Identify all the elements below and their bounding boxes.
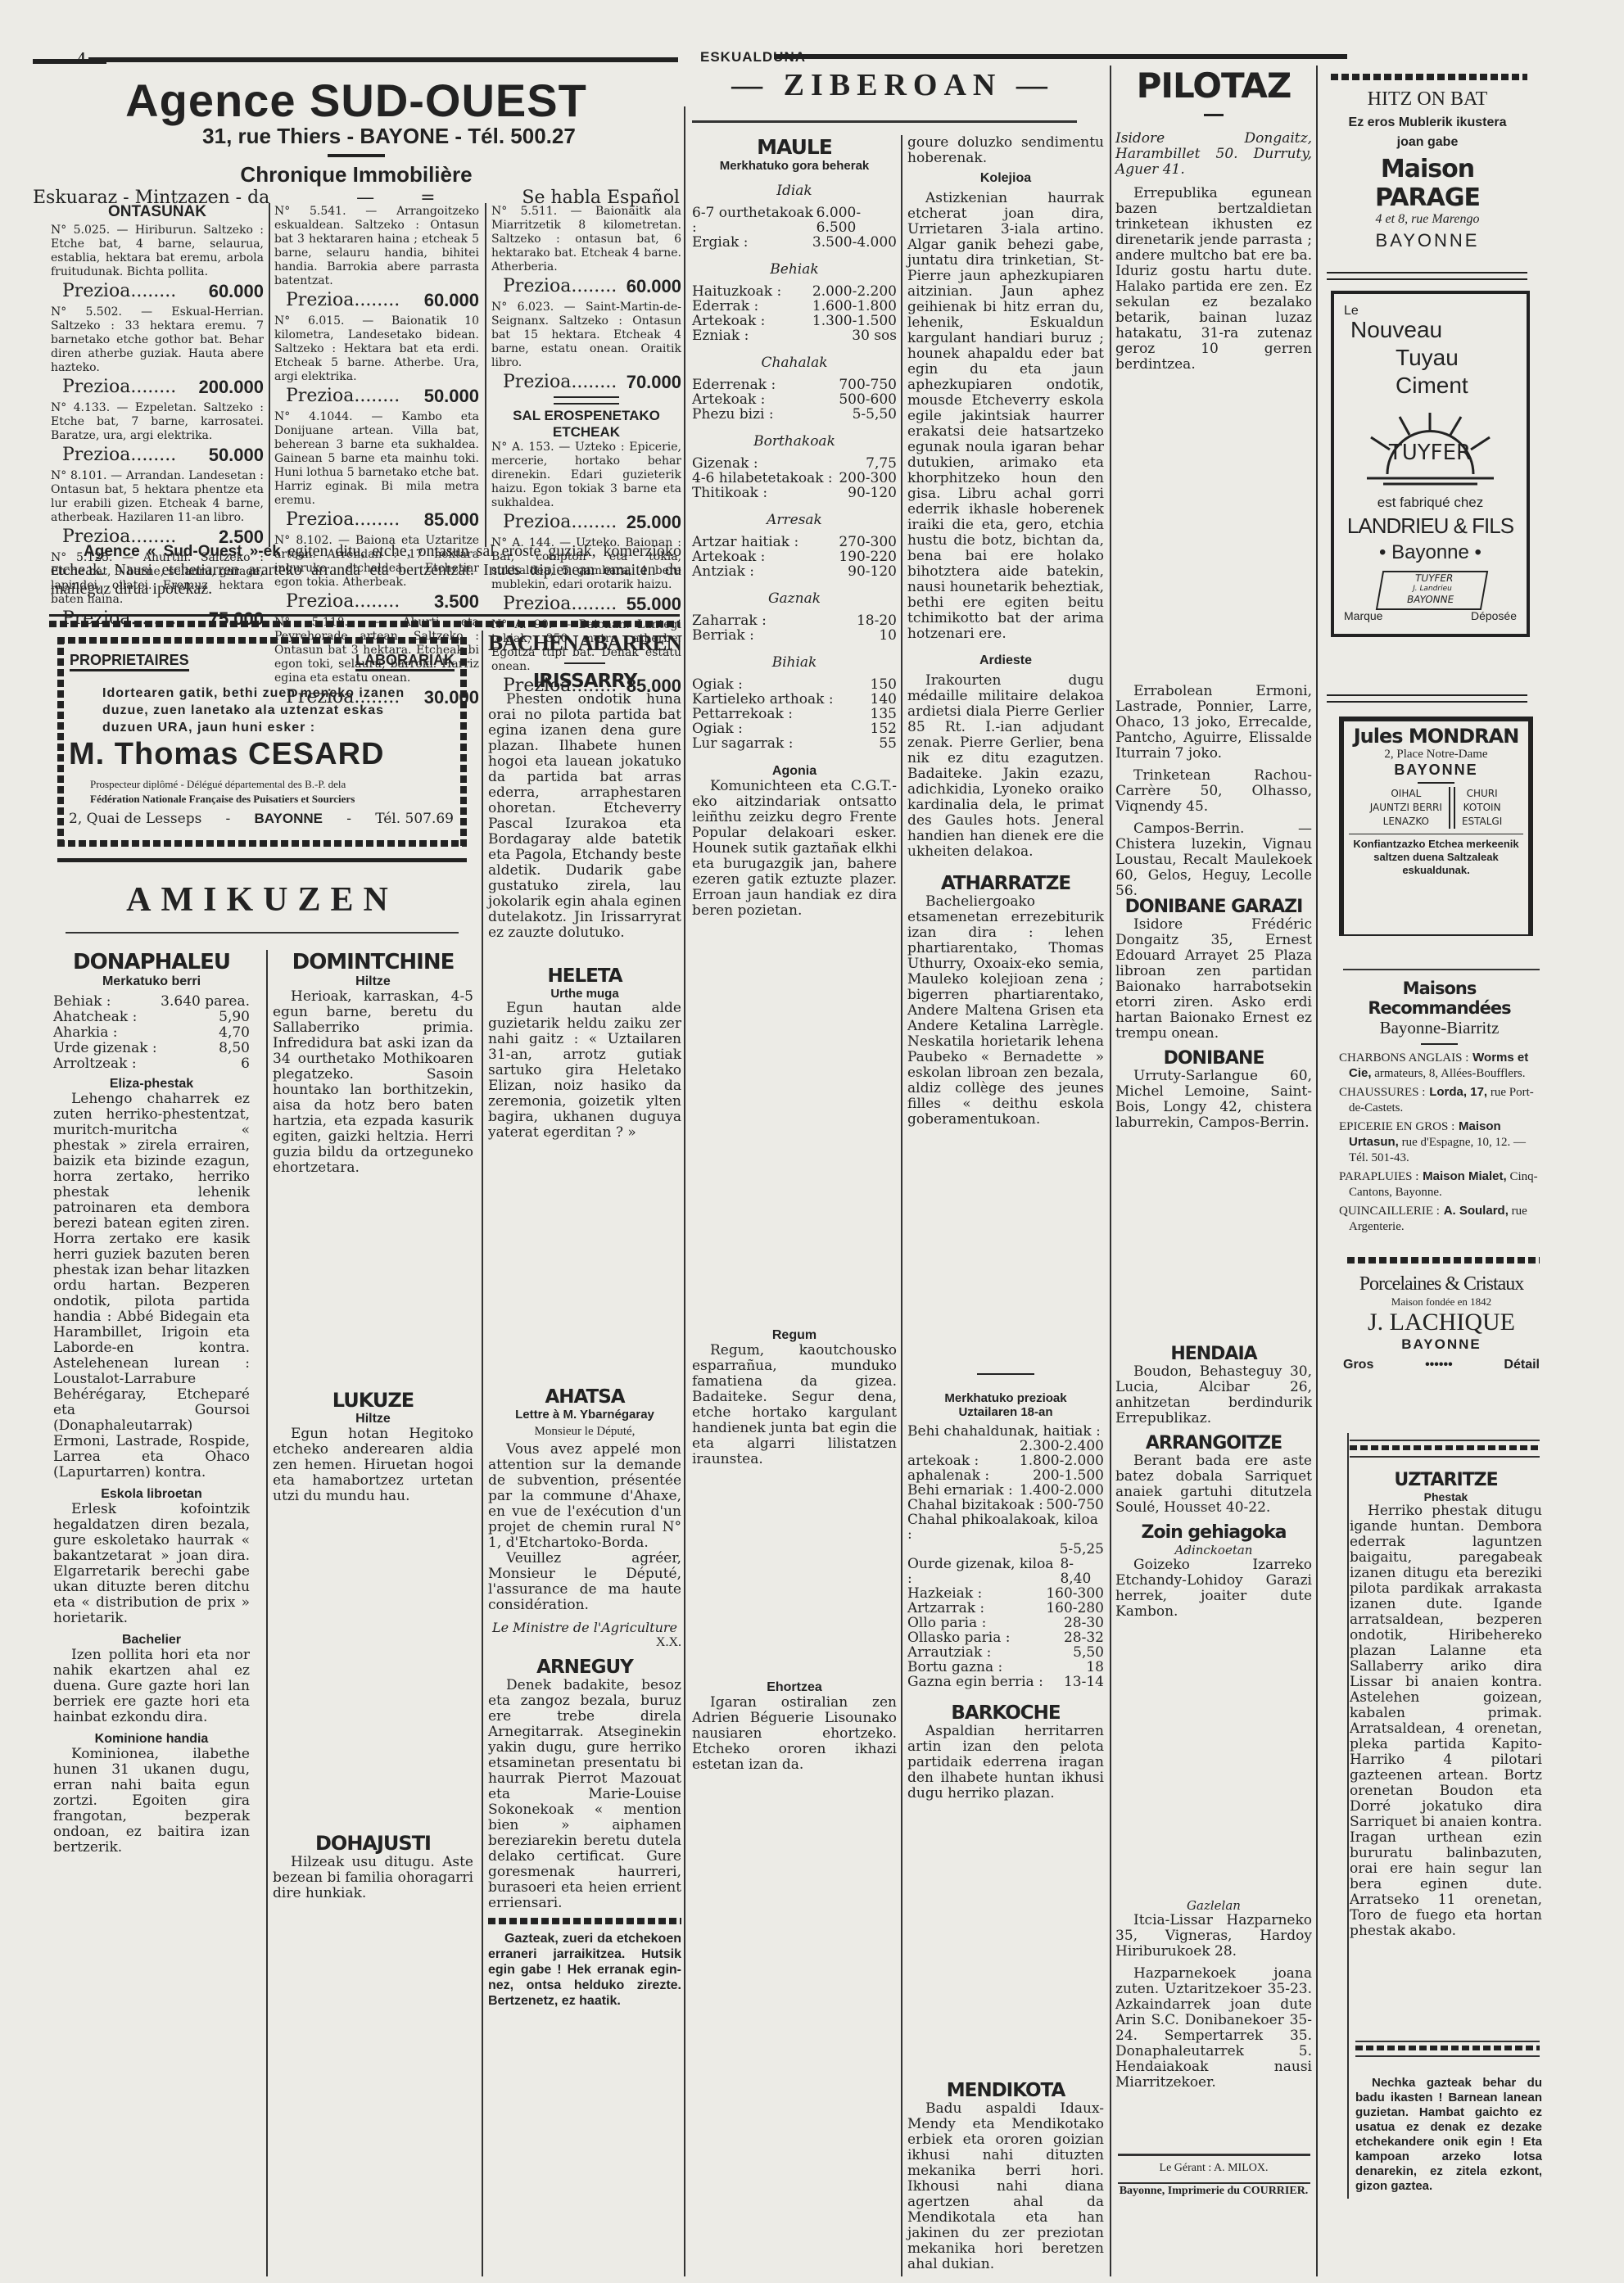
price-row: Chahal phikoalakoak, kiloa : [907, 1512, 1104, 1542]
sunrise-icon: TUYFER [1350, 409, 1510, 486]
zoin-title: Zoin gehiagoka [1115, 1522, 1312, 1543]
cesard-tel: Tél. 507.69 [375, 811, 454, 827]
price-row: Ogiak :150 [692, 677, 897, 692]
col-rule [1316, 66, 1318, 2276]
price-row: Arroltzeak :6 [53, 1056, 250, 1072]
ornament: •••••• [1425, 1358, 1453, 1372]
parage-name: Maison PARAGE [1325, 155, 1530, 212]
ahatsa-greeting: Monsieur le Député, [488, 1425, 681, 1439]
pilotaz-intro: Isidore Dongaitz, Harambillet 50. Durrut… [1115, 131, 1312, 178]
pilotaz-text: Errepublika egunean bazen bertzaldietan … [1115, 186, 1312, 373]
col-rule [266, 950, 268, 2276]
listing-text: N° 5.502. — Eskual-Herrian. Saltzeko : 3… [51, 305, 264, 375]
market-group: GaznakZaharrak :18-20Berriak :10 [692, 590, 897, 643]
dotted-rule [1355, 2046, 1540, 2050]
divider [1204, 114, 1224, 116]
trinketean-paragraph: Trinketean Rachou-Carrère 50, Olhasso, V… [1115, 768, 1312, 815]
price-row: Ezniak :30 sos [692, 328, 897, 343]
dotted-rule [1331, 74, 1527, 80]
pilotaz-col: PILOTAZ Isidore Dongaitz, Harambillet 50… [1115, 66, 1312, 899]
lukuze-paragraph: Egun hotan Hegitoko etcheko anderearen a… [273, 1426, 473, 1504]
price-row: Artzarrak :160-280 [907, 1601, 1104, 1616]
eskola-text: Erlesk kofointzik hegaldatzen diren beza… [53, 1502, 250, 1626]
lukuze-title: LUKUZE [273, 1389, 473, 1412]
border-top [57, 637, 467, 644]
maison-item: QUINCAILLERIE : A. Soulard, rue Argenter… [1339, 1203, 1540, 1234]
ahatsa-paragraph: Vous avez appelé mon attention sur la de… [488, 1442, 681, 1551]
listing-price: Prezioa........60.000 [286, 290, 479, 311]
ahatsa-text: Vous avez appelé mon attention sur la de… [488, 1442, 681, 1613]
tuyau-nouveau: Nouveau [1350, 317, 1442, 343]
lukuze-sub: Hiltze [273, 1412, 473, 1426]
maison-item: CHAUSSURES : Lorda, 17, rue Port-de-Cast… [1339, 1084, 1540, 1115]
price-row: Haituzkoak :2.000-2.200 [692, 284, 897, 299]
border-right [460, 637, 467, 846]
divider [1421, 1043, 1458, 1045]
agonia-paragraph: Komunichteen eta C.G.T.-eko aitzindariak… [692, 779, 897, 919]
listing-item: N° 5.025. — Hiriburun. Saltzeko : Etche … [51, 224, 264, 302]
divider [1418, 782, 1454, 784]
donaphaleu-title: DONAPHALEU [53, 950, 250, 974]
ontasunak-heading: ONTASUNAK [51, 205, 264, 219]
bachelier-text: Izen pollita hori eta nor nahik ekartzen… [53, 1648, 250, 1725]
ahatsa-closing: Veuillez agréer, Monsieur le Député, l'a… [488, 1551, 681, 1613]
price-row: Gazna egin berria :13-14 [907, 1675, 1104, 1689]
price-row: Ederrenak :700-750 [692, 377, 897, 392]
printer: Bayonne, Imprimerie du COURRIER. [1115, 2185, 1312, 2198]
price-row: 5-5,25 [907, 1542, 1104, 1557]
price-row: Bortu gazna :18 [907, 1660, 1104, 1675]
kolejioa-title: Kolejioa [907, 171, 1104, 186]
price-row: Artekoak :190-220 [692, 549, 897, 564]
eliza-text: Lehengo chaharrek ez zuten herriko-phest… [53, 1092, 250, 1481]
maisons-list: CHARBONS ANGLAIS : Worms et Cie, armateu… [1339, 1050, 1540, 1234]
agence-subtitle: Chronique Immobilière [33, 162, 680, 188]
col-rule [901, 135, 902, 2276]
eliza-sub: Eliza-phestak [53, 1077, 250, 1092]
maule-title: MAULE [692, 135, 897, 159]
donibane-title: DONIBANE [1115, 1048, 1312, 1069]
listing-text: N° 6.023. — Saint-Martin-de-Seignanx. Sa… [491, 301, 681, 370]
masthead-rule-right [774, 54, 1347, 59]
price-row: Chahal bizitakoak :500-750 [907, 1498, 1104, 1512]
sep: - [346, 811, 351, 827]
agence-address: 31, rue Thiers - BAYONE - Tél. 500.27 [98, 124, 680, 149]
ahatsa-title: AHATSA [488, 1386, 681, 1408]
uztaritze-paragraph: Herriko phestak ditugu igande huntan. De… [1350, 1503, 1542, 1939]
dohajusti-title: DOHAJUSTI [273, 1832, 473, 1855]
ehortzea-title: Ehortzea [692, 1680, 897, 1695]
maule-market: Idiak6-7 ourthetakoak :6.000-6.500Ergiak… [692, 183, 897, 751]
cesard-right: LABORARIAK [355, 652, 455, 671]
bachenabarren-title: BACHENABARREN [488, 631, 681, 656]
border-bottom [57, 840, 467, 847]
uztaritze-text: Herriko phestak ditugu igande huntan. De… [1350, 1503, 1542, 1939]
dohajusti-paragraph: Hilzeak usu ditugu. Aste bezean bi famil… [273, 1855, 473, 1901]
donaphaleu-prices: Behiak :3.640 parea.Ahatcheak :5,90Ahark… [53, 994, 250, 1072]
parage-l3: joan gabe [1325, 135, 1530, 150]
maule-sub: Merkhatuko gora beherak [692, 159, 897, 173]
maisons-ad: Maisons Recommandées Bayonne-Biarritz CH… [1339, 979, 1540, 1237]
divider [1355, 2055, 1540, 2057]
mendikota-text: Badu aspaldi Idaux-Mendy eta Mendikotako… [907, 2101, 1104, 2272]
pilotaz-paragraph: Errepublika egunean bazen bertzaldietan … [1115, 186, 1312, 373]
tuyau-ad: Le Nouveau Tuyau Ciment TUYFER est fabri… [1331, 291, 1530, 637]
hazparne-paragraph: Hazparnekoek joana zuten. Uztaritzekoer … [1115, 1966, 1312, 2091]
goods-left: OIHALJAUNTZI BERRILENAZKO [1370, 787, 1442, 829]
price-row: Urde gizenak :8,50 [53, 1041, 250, 1056]
tuyau-tuyau: Tuyau [1396, 345, 1459, 371]
tuyau-deposee: Déposée [1471, 609, 1517, 622]
domintchine-paragraph: Herioak, karraskan, 4-5 egun barne, bere… [273, 989, 473, 1176]
amikuzen-title: AMIKUZEN [49, 880, 475, 920]
maisons-title: Maisons Recommandées [1339, 979, 1540, 1018]
page-number: 4 [78, 49, 85, 66]
eskola-sub: Eskola libroetan [53, 1487, 250, 1502]
donibane-paragraph: Urruty-Sarlangue 60, Michel Lemoine, Sai… [1115, 1069, 1312, 1131]
price-row: Artekoak :1.300-1.500 [692, 314, 897, 328]
donibane-garazi-title: DONIBANE GARAZI [1115, 897, 1312, 917]
listing-price: Prezioa........60.000 [503, 276, 681, 297]
double-rule [1327, 694, 1527, 703]
mondran-ad: Jules MONDRAN 2, Place Notre-Dame BAYONN… [1339, 717, 1533, 936]
kominione-paragraph: Kominionea, ilabethe hunen 31 ukanen dug… [53, 1747, 250, 1856]
listing-text: N° 5.025. — Hiriburun. Saltzeko : Etche … [51, 224, 264, 279]
tuyau-maker: LANDRIEU & FILS [1338, 513, 1522, 539]
masthead-rule [88, 57, 678, 62]
listing-price: Prezioa........25.000 [503, 512, 681, 533]
pilotaz-title: PILOTAZ [1115, 66, 1312, 106]
listing-text: N° 4.133. — Ezpeletan. Saltzeko : Etche … [51, 401, 264, 443]
divider [1350, 1440, 1540, 1441]
price-row: 2.300-2.400 [907, 1439, 1104, 1453]
cesard-body: Idortearen gatik, bethi zuen meneko izan… [102, 685, 414, 736]
kolejioa-col: goure doluzko sendimentu hoberenak. Kole… [907, 135, 1104, 2272]
zoin-text: Goizeko Izarreko Etchandy-Lohidoy Garazi… [1115, 1557, 1312, 1620]
mendikota-title: MENDIKOTA [907, 2080, 1104, 2101]
mondran-address: 2, Place Notre-Dame [1344, 748, 1528, 762]
lachique-detail: Détail [1504, 1358, 1540, 1372]
listing-price: Prezioa........200.000 [62, 377, 264, 398]
dotted-rule [1350, 1445, 1540, 1450]
ornament-rule [1343, 969, 1540, 970]
errabolean-text: Errabolean Ermoni, Lastrade, Ponnier, La… [1115, 684, 1312, 762]
agence-footer: Agence « Sud-Ouest »-ek egiten ditu, etc… [51, 542, 681, 599]
price-row: aphalenak :200-1.500 [907, 1468, 1104, 1483]
heleta-paragraph: Egun hautan alde guzietarik heldu zaiku … [488, 1001, 681, 1141]
arneguy-paragraph: Denek badakite, besoz eta zangoz bezala,… [488, 1678, 681, 1911]
heleta-sub: Urthe muga [488, 987, 681, 1001]
border-left [57, 637, 64, 846]
cesard-city: BAYONNE [255, 811, 323, 827]
market-group: BihiakOgiak :150Kartieleko arthoak :140P… [692, 654, 897, 751]
listing-text: N° 6.015. — Baionatik 10 kilometra, Land… [274, 314, 479, 384]
parage-l1: HITZ ON BAT [1325, 88, 1530, 111]
kolejioa-text: Astizkenian haurrak etcherat joan dira, … [907, 191, 1104, 642]
ahatsa-sign2: X.X. [488, 1635, 681, 1650]
maisons-sub: Bayonne-Biarritz [1339, 1018, 1540, 1038]
domintchine-title: DOMINTCHINE [273, 950, 473, 974]
barkoche-title: BARKOCHE [907, 1702, 1104, 1724]
divider [1350, 1456, 1540, 1458]
heleta-text: Egun hautan alde guzietarik heldu zaiku … [488, 1001, 681, 1141]
price-row: Artekoak :500-600 [692, 392, 897, 407]
listing-item: N° A. 153. — Uzteko : Epicerie, mercerie… [491, 441, 681, 533]
mendikota-paragraph: Badu aspaldi Idaux-Mendy eta Mendikotako… [907, 2101, 1104, 2272]
market-group: ChahalakEderrenak :700-750Artekoak :500-… [692, 355, 897, 422]
price-row: Ogiak :152 [692, 721, 897, 736]
campos-text: Campos-Berrin. — Chistera luzekin, Vigna… [1115, 821, 1312, 899]
atharratze-title: ATHARRATZE [907, 873, 1104, 894]
listing-item: N° 5.541. — Arrangoitzeko eskualdean. Sa… [274, 205, 479, 311]
stamp-line1: TUYFER [1382, 572, 1486, 584]
ehortzea-text: Igaran ostiralian zen Adrien Béguerie Li… [692, 1695, 897, 1773]
separator [57, 858, 467, 862]
kominione-sub: Kominione handia [53, 1732, 250, 1747]
ardieste-title: Ardieste [907, 653, 1104, 668]
price-row: Ourde gizenak, kiloa :8-8,40 [907, 1557, 1104, 1586]
ahatsa-sign: Le Ministre de l'Agriculture [488, 1620, 681, 1635]
price-row: Behi chahaldunak, haitiak : [907, 1424, 1104, 1439]
donibane-text: Urruty-Sarlangue 60, Michel Lemoine, Sai… [1115, 1069, 1312, 1131]
lachique-title: Porcelaines & Cristaux [1343, 1273, 1540, 1295]
kolejioa-paragraph: Astizkenian haurrak etcherat joan dira, … [907, 191, 1104, 642]
arrangoitze-paragraph: Berant bada ere aste batez dobala Sarriq… [1115, 1453, 1312, 1516]
bachenabarren-col: BACHENABARREN IRISSARRY Phesten ondotik … [488, 631, 681, 2009]
lachique-ad: Porcelaines & Cristaux Maison fondée en … [1343, 1273, 1540, 1372]
ziberoan-title: — ZIBEROAN — [692, 67, 1093, 103]
listing-item: N° 8.101. — Arrandan. Landesetan : Ontas… [51, 469, 264, 548]
listings-col-2: N° 5.541. — Arrangoitzeko eskualdean. Sa… [274, 205, 479, 712]
campos-paragraph: Campos-Berrin. — Chistera luzekin, Vigna… [1115, 821, 1312, 899]
sal-heading: SAL EROSPENETAKO ETCHEAK [491, 408, 681, 441]
lachique-founded: Maison fondée en 1842 [1343, 1295, 1540, 1309]
price-row: Phezu bizi :5-5,50 [692, 407, 897, 422]
price-row: 4-6 hilabetetakoak :200-300 [692, 471, 897, 486]
kolejioa-pre: goure doluzko sendimentu hoberenak. [907, 135, 1104, 166]
price-row: Kartieleko arthoak :140 [692, 692, 897, 707]
listing-price: Prezioa........50.000 [286, 386, 479, 407]
atharratze-text: Bacheliergoako etsamenetan errezebiturik… [907, 894, 1104, 1128]
donaphaleu-sub: Merkatuko berri [53, 974, 250, 989]
tuyfer-stamp: TUYFER J. Landrieu BAYONNE [1376, 571, 1488, 610]
listing-text: N° 4.1044. — Kambo eta Donijuane artean.… [274, 410, 479, 508]
maison-item: PARAPLUIES : Maison Mialet, Cinq-Cantons… [1339, 1169, 1540, 1200]
arrangoitze-text: Berant bada ere aste batez dobala Sarriq… [1115, 1453, 1312, 1516]
divider [1118, 2182, 1310, 2184]
double-rule [1327, 272, 1527, 280]
mondran-foot: Konfiantzazko Etchea merkeenik saltzen d… [1349, 834, 1523, 877]
listing-item: N° 5.511. — Baionaitk ala Miarritzetik 8… [491, 205, 681, 297]
listing-text: N° 8.101. — Arrandan. Landesetan : Ontas… [51, 469, 264, 525]
col-rule [1110, 66, 1111, 2276]
market-group: BorthakoakGizenak :7,754-6 hilabetetakoa… [692, 433, 897, 500]
tuyau-city: • Bayonne • [1338, 541, 1522, 564]
listing-text: N° 5.511. — Baionaitk ala Miarritzetik 8… [491, 205, 681, 274]
listing-price: Prezioa........50.000 [62, 445, 264, 466]
price-row: artekoak :1.800-2.000 [907, 1453, 1104, 1468]
price-row: Antziak :90-120 [692, 564, 897, 579]
price-row: Behi ernariak :1.400-2.000 [907, 1483, 1104, 1498]
kominione-text: Kominionea, ilabethe hunen 31 ukanen dug… [53, 1747, 250, 1856]
lachique-city: BAYONNE [1343, 1336, 1540, 1353]
gerant: Le Gérant : A. MILOX. [1115, 2162, 1312, 2175]
irissarry-text: Phesten ondotik huna orai no pilota part… [488, 692, 681, 941]
goods-right: CHURIKOTOINESTALGI [1462, 787, 1502, 829]
agonia-text: Komunichteen eta C.G.T.-eko aitzindariak… [692, 779, 897, 919]
dotted-rule [49, 621, 680, 627]
market-group: Idiak6-7 ourthetakoak :6.000-6.500Ergiak… [692, 183, 897, 250]
gazlelan-paragraph: Itcia-Lissar Hazparneko 35, Vigneras, Ha… [1115, 1913, 1312, 1960]
cesard-name: M. Thomas CESARD [69, 737, 384, 772]
uztaritze-col: UZTARITZE Phestak Herriko phestak ditugu… [1350, 1470, 1542, 1939]
price-row: Ederrak :1.600-1.800 [692, 299, 897, 314]
eliza-paragraph: Lehengo chaharrek ez zuten herriko-phest… [53, 1092, 250, 1481]
listing-text: N° A. 153. — Uzteko : Epicerie, mercerie… [491, 441, 681, 510]
zoin-paragraph: Goizeko Izarreko Etchandy-Lohidoy Garazi… [1115, 1557, 1312, 1620]
prezioak-table: Behi chahaldunak, haitiak :2.300-2.400ar… [907, 1424, 1104, 1689]
tuyfer-brand: TUYFER [1388, 441, 1471, 465]
donaphaleu-col: DONAPHALEU Merkatuko berri Behiak :3.640… [53, 950, 250, 1856]
price-row: Lur sagarrak :55 [692, 736, 897, 751]
price-row: Berriak :10 [692, 628, 897, 643]
ahatsa-sub: Lettre à M. Ybarnégaray [488, 1408, 681, 1422]
pilotaz-lower: DONIBANE GARAZI Isidore Frédéric Dongait… [1115, 897, 1312, 2091]
agence-ad: Agence SUD-OUEST 31, rue Thiers - BAYONE… [33, 78, 680, 208]
dotted-rule [1347, 1257, 1540, 1264]
col-rule [485, 203, 486, 547]
price-row: Hazkeiak :160-300 [907, 1586, 1104, 1601]
zoin-sub: Adinckoetan [1115, 1543, 1312, 1557]
regum-title: Regum [692, 1328, 897, 1343]
gazlelan-heading: Gazlelan [1115, 1898, 1312, 1913]
tuyau-marque: Marque [1344, 609, 1382, 622]
stamp-line2: J. Landrieu [1380, 584, 1484, 594]
price-row: Behiak :3.640 parea. [53, 994, 250, 1010]
eskola-paragraph: Erlesk kofointzik hegaldatzen diren beza… [53, 1502, 250, 1626]
market-group: BehiakHaituzkoak :2.000-2.200Ederrak :1.… [692, 261, 897, 343]
domintchine-col: DOMINTCHINE Hiltze Herioak, karraskan, 4… [273, 950, 473, 1901]
regum-text: Regum, kaoutchousko esparrañua, munduko … [692, 1343, 897, 1467]
price-row: Ollasko paria :28-32 [907, 1630, 1104, 1645]
divider [564, 662, 605, 664]
donibane-garazi-paragraph: Isidore Frédéric Dongaitz 35, Ernest Edo… [1115, 917, 1312, 1042]
uztaritze-sub: Phestak [1350, 1490, 1542, 1503]
market-group: ArresakArtzar haitiak :270-300Artekoak :… [692, 512, 897, 579]
mondran-goods: OIHALJAUNTZI BERRILENAZKO CHURIKOTOINEST… [1344, 787, 1528, 829]
double-bar [1449, 787, 1455, 829]
listing-item: N° 6.015. — Baionatik 10 kilometra, Land… [274, 314, 479, 407]
price-row: 6-7 ourthetakoak :6.000-6.500 [692, 206, 897, 235]
bachelier-sub: Bachelier [53, 1633, 250, 1648]
dotted-rule [488, 1918, 681, 1924]
lachique-terms: Gros •••••• Détail [1343, 1358, 1540, 1372]
hazparne-text: Hazparnekoek joana zuten. Uztaritzekoer … [1115, 1966, 1312, 2091]
tuyau-ciment: Ciment [1396, 373, 1468, 399]
ardieste-text: Irakourten dugu médaille militaire delak… [907, 673, 1104, 860]
col-rule [482, 631, 483, 2276]
price-row: Ergiak :3.500-4.000 [692, 235, 897, 250]
parage-address: 4 et 8, rue Marengo [1325, 212, 1530, 227]
arrangoitze-title: ARRANGOITZE [1115, 1433, 1312, 1453]
price-row: Pettarrekoak :135 [692, 707, 897, 721]
divider [1355, 2041, 1540, 2042]
cesard-address: 2, Quai de Lesseps [69, 811, 201, 827]
irissarry-paragraph: Phesten ondotik huna orai no pilota part… [488, 692, 681, 941]
maison-item: EPICERIE EN GROS : Maison Urtasun, rue d… [1339, 1119, 1540, 1165]
listing-price: Prezioa........85.000 [286, 509, 479, 531]
cesard-line2: Fédération Nationale Française des Puisa… [90, 793, 355, 806]
uztaritze-title: UZTARITZE [1350, 1470, 1542, 1490]
price-row: Aharkia :4,70 [53, 1025, 250, 1041]
donibane-garazi-text: Isidore Frédéric Dongaitz 35, Ernest Edo… [1115, 917, 1312, 1042]
barkoche-paragraph: Aspaldian herritarren artin izan den pel… [907, 1724, 1104, 1802]
lukuze-text: Egun hotan Hegitoko etcheko anderearen a… [273, 1426, 473, 1504]
price-row: Thitikoak :90-120 [692, 486, 897, 500]
listing-text: N° 5.541. — Arrangoitzeko eskualdean. Sa… [274, 205, 479, 288]
bachelier-paragraph: Izen pollita hori eta nor nahik ekartzen… [53, 1648, 250, 1725]
lachique-gros: Gros [1343, 1358, 1373, 1372]
listing-price: Prezioa........60.000 [62, 281, 264, 302]
listing-item: N° 6.023. — Saint-Martin-de-Seignanx. Sa… [491, 301, 681, 393]
price-row: Gizenak :7,75 [692, 456, 897, 471]
ehortzea-paragraph: Igaran ostiralian zen Adrien Béguerie Li… [692, 1695, 897, 1773]
lachique-name: J. LACHIQUE [1343, 1309, 1540, 1336]
arneguy-text: Denek badakite, besoz eta zangoz bezala,… [488, 1678, 681, 1911]
regum-paragraph: Regum, kaoutchousko esparrañua, munduko … [692, 1343, 897, 1467]
cesard-contact: 2, Quai de Lesseps- BAYONNE- Tél. 507.69 [69, 811, 454, 827]
agence-title: Agence SUD-OUEST [33, 78, 680, 124]
cesard-line1: Prospecteur diplômé - Délégué départemen… [90, 778, 346, 791]
cesard-ad: PROPRIETAIRES LABORARIAK Idortearen gati… [57, 637, 467, 846]
mondran-name: Jules MONDRAN [1344, 725, 1528, 748]
separator [49, 614, 680, 617]
prezioak-sub: Uztailaren 18-an [907, 1405, 1104, 1419]
hendaia-text: Boudon, Behasteguy 30, Lucia, Alcibar 26… [1115, 1364, 1312, 1426]
price-row: Artzar haitiak :270-300 [692, 535, 897, 549]
stamp-line3: BAYONNE [1378, 594, 1482, 605]
col-rule [269, 203, 270, 547]
divider [66, 932, 459, 934]
hendaia-title: HENDAIA [1115, 1344, 1312, 1364]
price-row: Zaharrak :18-20 [692, 613, 897, 628]
ardieste-paragraph: Irakourten dugu médaille militaire delak… [907, 673, 1104, 860]
double-rule [554, 396, 619, 405]
hendaia-paragraph: Boudon, Behasteguy 30, Lucia, Alcibar 26… [1115, 1364, 1312, 1426]
domintchine-text: Herioak, karraskan, 4-5 egun barne, bere… [273, 989, 473, 1176]
divider [977, 1373, 1034, 1375]
agence-footer-bold: Agence « Sud-Ouest »-ek [84, 543, 281, 560]
divider [692, 120, 1077, 123]
irissarry-title: IRISSARRY [488, 671, 681, 692]
parage-l2: Ez eros Mublerik ikustera [1325, 115, 1530, 130]
gazlelan-text: Itcia-Lissar Hazparneko 35, Vigneras, Ha… [1115, 1913, 1312, 1960]
domintchine-sub: Hiltze [273, 974, 473, 989]
col-rule [1347, 1433, 1349, 2199]
mondran-city: BAYONNE [1344, 762, 1528, 779]
agonia-title: Agonia [692, 764, 897, 779]
dohajusti-text: Hilzeak usu ditugu. Aste bezean bi famil… [273, 1855, 473, 1901]
gazteak-text: Gazteak, zueri da etchekoen erraneri jar… [488, 1931, 681, 2009]
listing-item: N° 4.133. — Ezpeletan. Saltzeko : Etche … [51, 401, 264, 466]
atharratze-paragraph: Bacheliergoako etsamenetan errezebiturik… [907, 894, 1104, 1128]
parage-ad: HITZ ON BAT Ez eros Mublerik ikustera jo… [1325, 88, 1530, 251]
agence-divider [328, 154, 385, 157]
trinketean-text: Trinketean Rachou-Carrère 50, Olhasso, V… [1115, 768, 1312, 815]
tuyau-made: est fabriqué chez [1342, 495, 1518, 511]
maison-item: CHARBONS ANGLAIS : Worms et Cie, armateu… [1339, 1050, 1540, 1081]
parage-city: BAYONNE [1325, 230, 1530, 251]
